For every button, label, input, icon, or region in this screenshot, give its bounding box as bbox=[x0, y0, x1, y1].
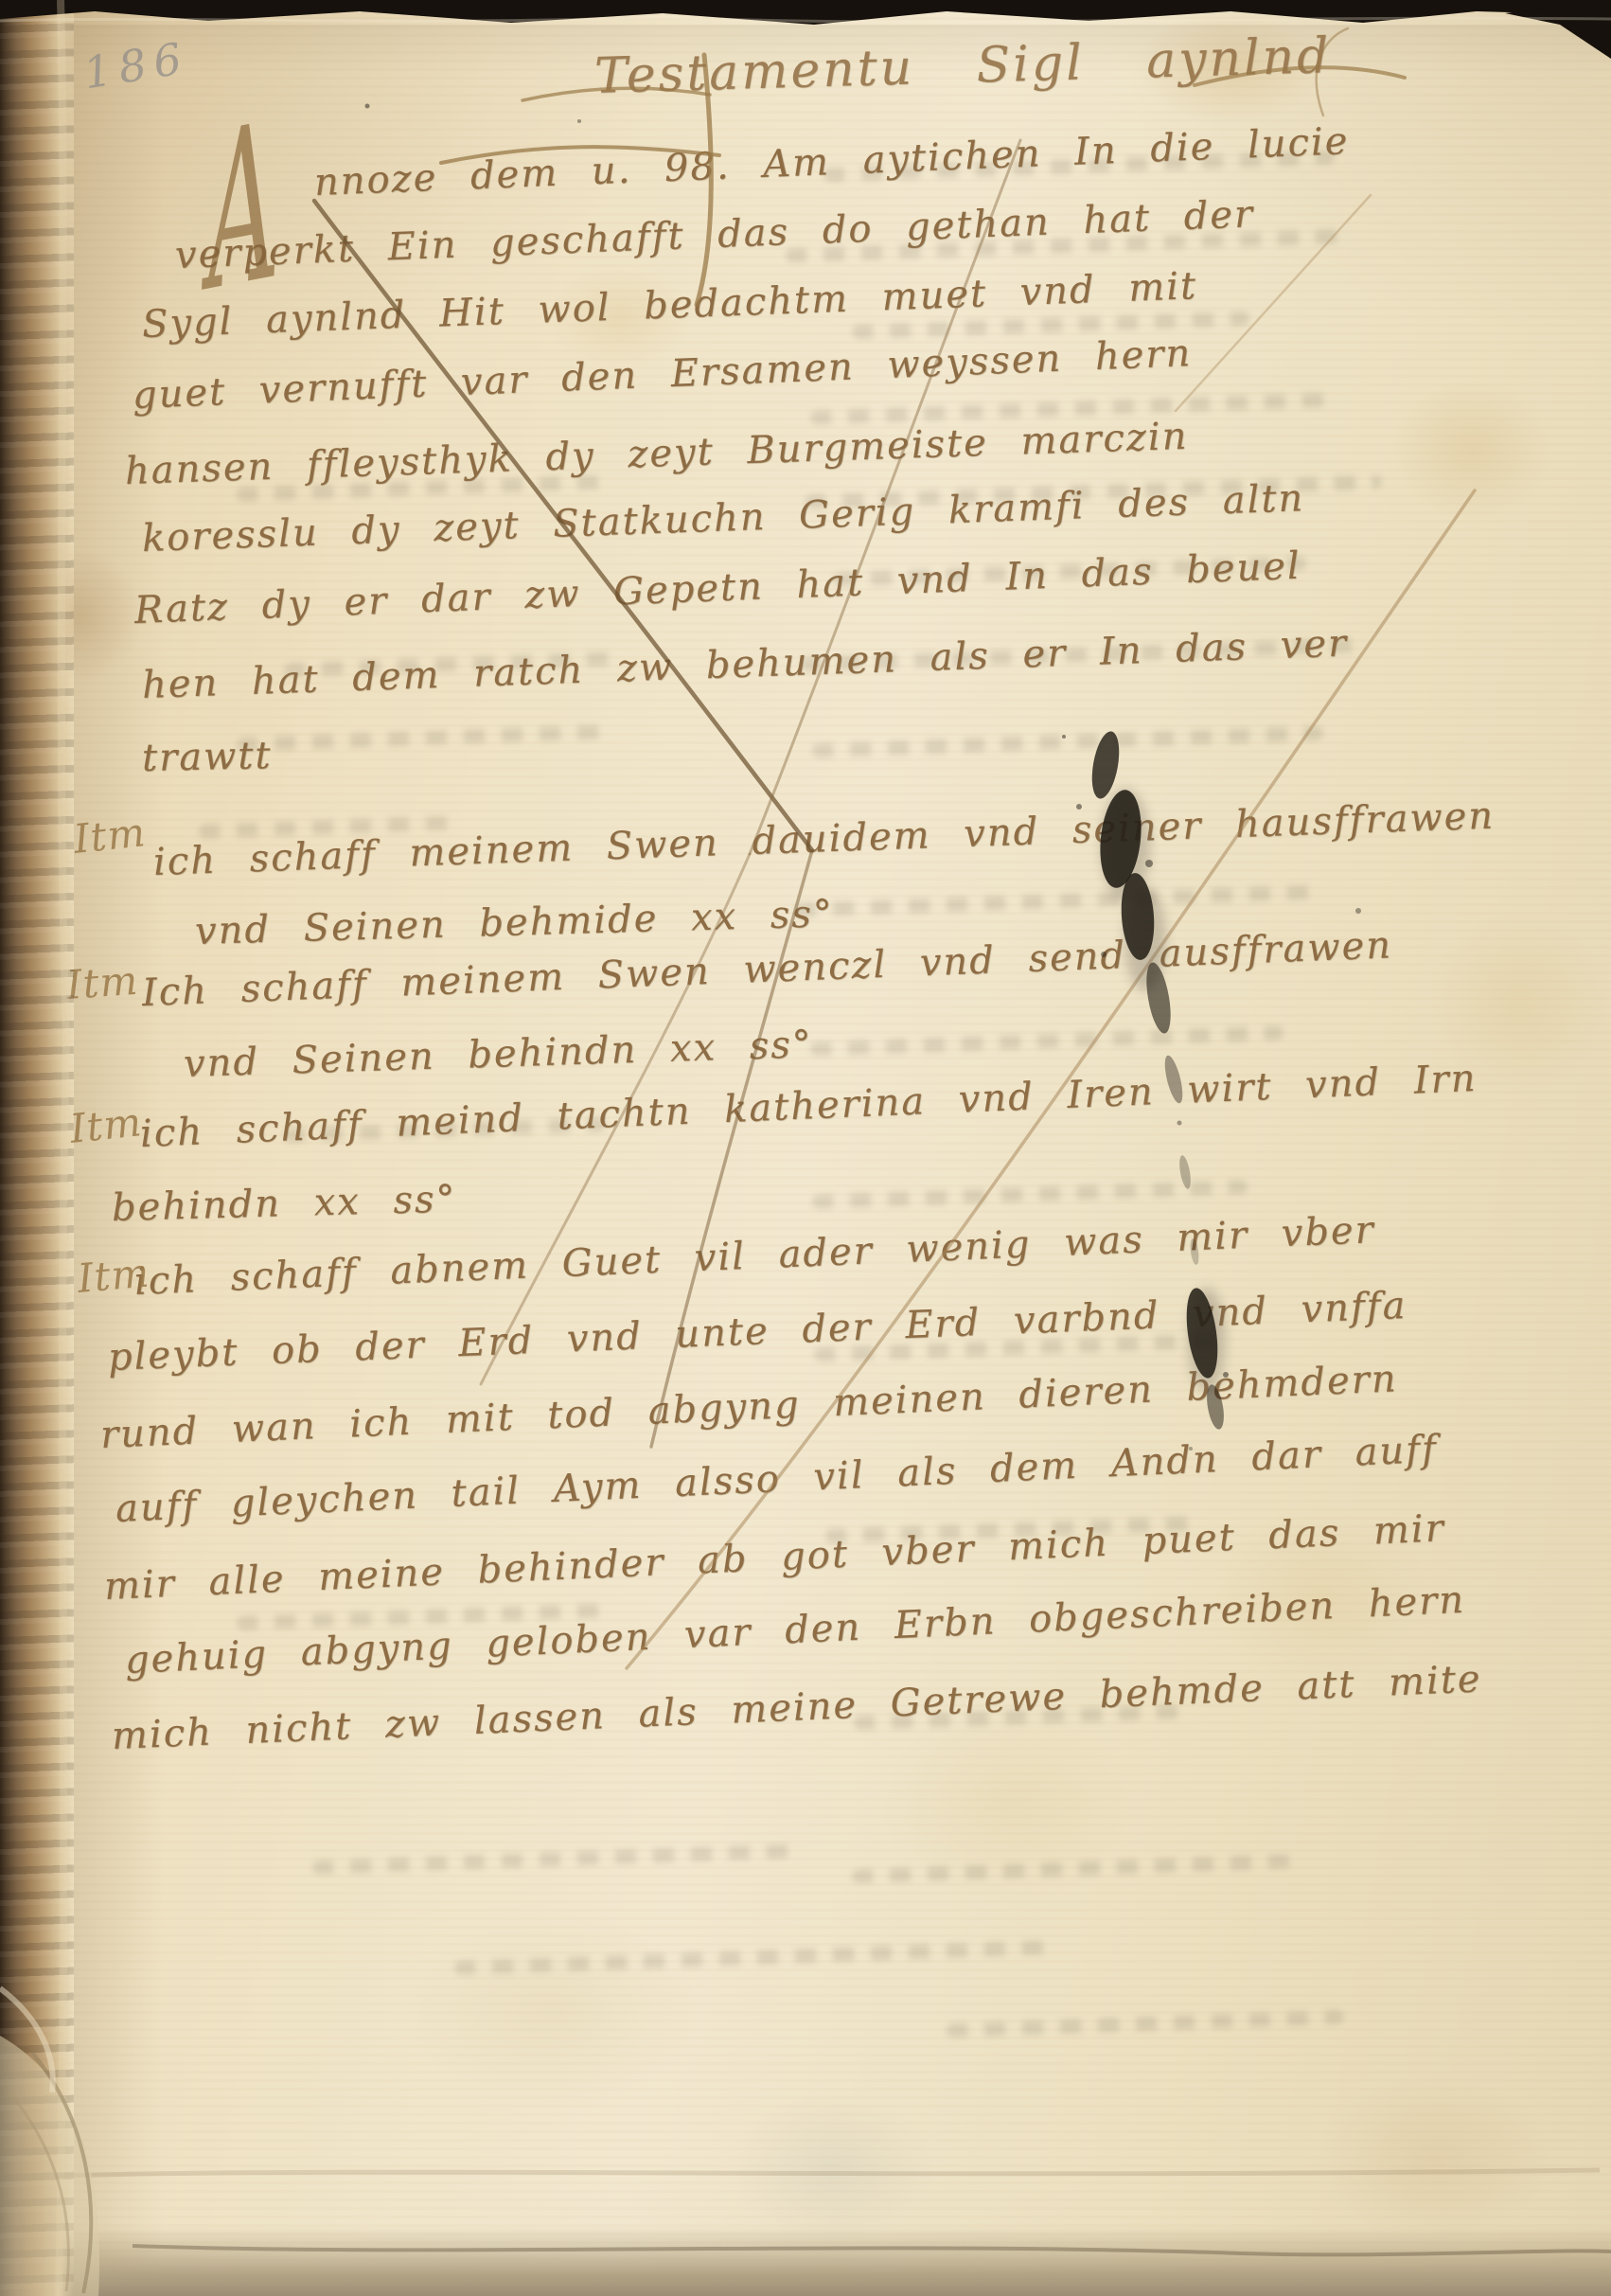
manuscript-line: mich nicht zw lassen als meine Getrewe b… bbox=[111, 1660, 1482, 1755]
show-through bbox=[237, 724, 615, 752]
manuscript-line: pleybt ob der Erd vnd unte der Erd varbn… bbox=[107, 1287, 1407, 1377]
show-through bbox=[312, 1843, 805, 1875]
page-edge-left bbox=[0, 0, 74, 2296]
manuscript-line: vnd Seinen behindn xx ss° bbox=[183, 1025, 813, 1083]
manuscript-line: trawtt bbox=[142, 737, 273, 777]
show-through bbox=[812, 1180, 1248, 1209]
stain bbox=[729, 2092, 937, 2244]
show-through bbox=[810, 1025, 1283, 1056]
page-edge-bottom bbox=[0, 2226, 1611, 2296]
scan-edge-top bbox=[0, 0, 1611, 25]
manuscript-line: behindn xx ss° bbox=[111, 1180, 456, 1227]
manuscript-line: Ratz dy er dar zw Gepetn hat vnd In das … bbox=[133, 547, 1301, 630]
initial-letter: A bbox=[203, 112, 280, 307]
manuscript-line: ich schaff meinem Swen dauidem vnd seine… bbox=[152, 797, 1495, 881]
show-through bbox=[947, 2010, 1344, 2038]
stain bbox=[1391, 379, 1552, 521]
manuscript-line: vnd Seinen behmide xx ss° bbox=[194, 895, 834, 951]
paper-edge-highlight bbox=[0, 17, 1611, 22]
stain bbox=[407, 1913, 700, 2111]
stain bbox=[1316, 2074, 1552, 2244]
manuscript-line: ich schaff abnem Guet vil ader wenig was… bbox=[133, 1211, 1375, 1301]
item-mark: Itm bbox=[76, 1249, 151, 1301]
item-mark: Itm bbox=[64, 957, 140, 1008]
show-through bbox=[454, 1940, 1060, 1975]
show-through bbox=[812, 726, 1323, 758]
item-mark: Itm bbox=[67, 1098, 144, 1152]
manuscript-page: 186 Testamentu Sigl aynlnd A nnoze dem u… bbox=[0, 0, 1611, 2296]
show-through bbox=[795, 884, 1325, 917]
manuscript-line: nnoze dem u. 98. Am aytichen In die luci… bbox=[313, 122, 1350, 202]
item-mark: Itm bbox=[71, 809, 148, 863]
manuscript-line: verperkt Ein geschafft das do gethan hat… bbox=[174, 195, 1255, 275]
bottom-ridge bbox=[57, 2170, 1600, 2176]
manuscript-line: hen hat dem ratch zw behumen als er In d… bbox=[141, 625, 1348, 704]
show-through bbox=[852, 1854, 1306, 1884]
manuscript-line: hansen ffleysthyk dy zeyt Burgmeiste mar… bbox=[124, 418, 1189, 490]
